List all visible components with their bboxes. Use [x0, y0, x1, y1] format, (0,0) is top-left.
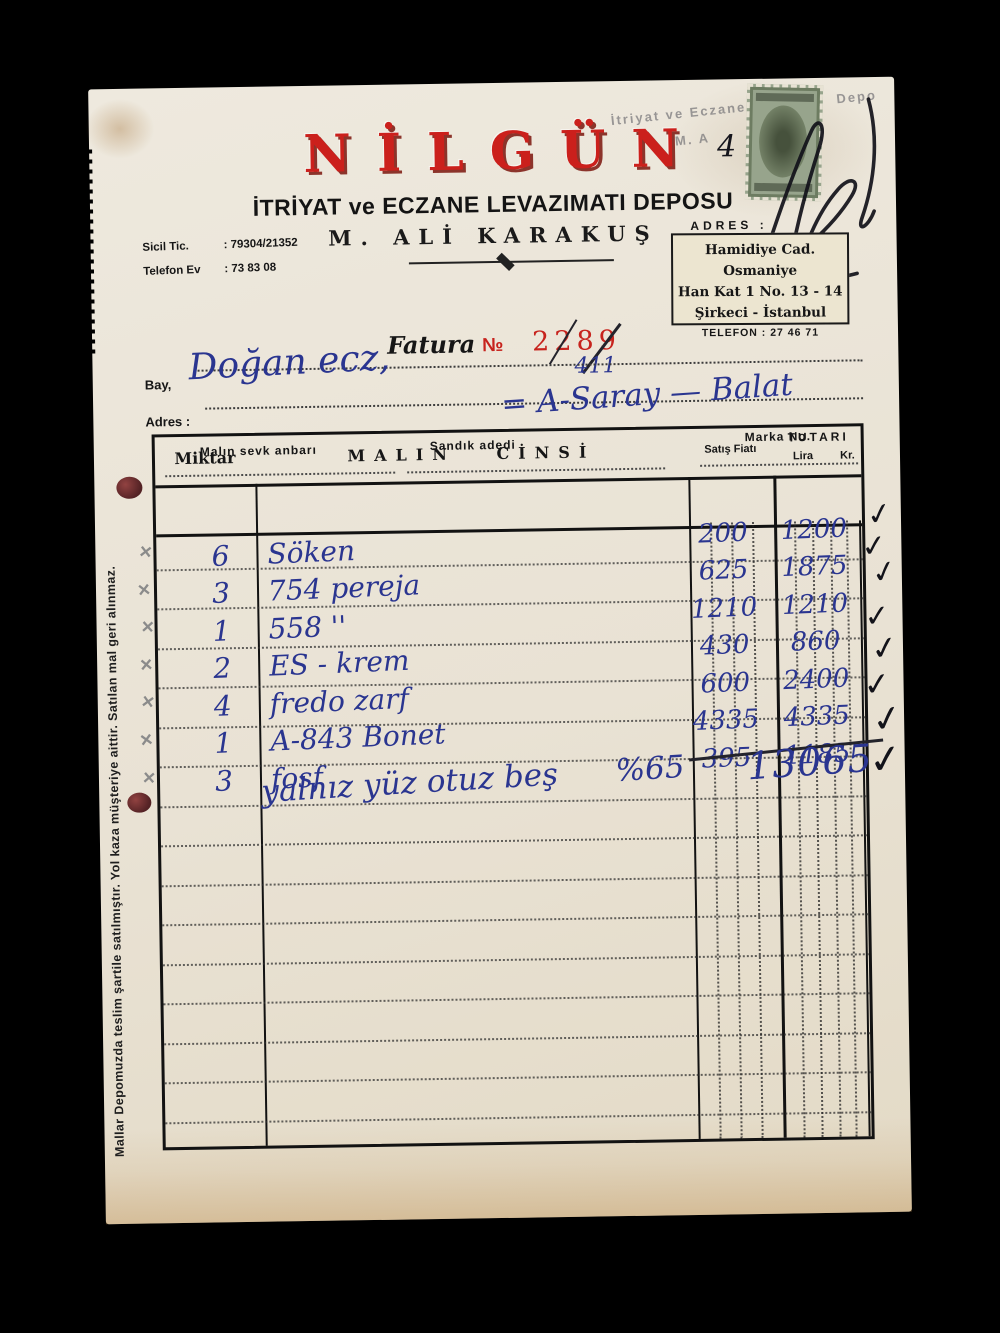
- adres-handwritten-value: = A-Saray — Balat: [500, 367, 794, 423]
- dotted-underline: [165, 472, 395, 478]
- row-price: 625: [678, 554, 769, 588]
- sicil-label: Sicil Tic.: [142, 233, 221, 260]
- numero-sign: №: [482, 335, 504, 357]
- adres-field-label: Adres :: [145, 414, 190, 430]
- row-amount: 860: [768, 625, 863, 659]
- check-mark: ✓: [866, 735, 906, 785]
- row-amount: 1875: [767, 550, 862, 584]
- row-qty: 4: [197, 689, 248, 724]
- dotted-underline: [407, 467, 665, 473]
- row-qty: 2: [197, 651, 248, 686]
- row-desc: 754 pereja: [267, 568, 420, 607]
- pencil-x-mark: ×: [141, 615, 155, 640]
- company-name: NİLGÜN: [89, 115, 896, 189]
- row-desc: 558 '': [268, 609, 347, 645]
- address-phone: TELEFON : 27 46 71: [673, 324, 847, 341]
- address-line3: Şirkeci - İstanbul: [673, 302, 847, 324]
- header-divider: [409, 259, 614, 264]
- row-desc: fredo zarf: [269, 682, 409, 721]
- row-qty: 3: [195, 576, 246, 611]
- row-amount: 1200: [766, 513, 861, 547]
- address-box: Hamidiye Cad. Osmaniye Han Kat 1 No. 13 …: [671, 232, 849, 325]
- row-desc: ES - krem: [268, 644, 410, 683]
- row-price: 200: [677, 517, 768, 551]
- row-price: 4335: [680, 704, 771, 738]
- phone-value: : 73 83 08: [224, 256, 277, 282]
- address-line2: Han Kat 1 No. 13 - 14: [673, 281, 847, 303]
- percent-note: %65: [615, 749, 686, 789]
- row-qty: 1: [196, 614, 247, 649]
- bay-handwritten-value: Doğan ecz,: [188, 337, 391, 388]
- invoice-paper: İtriyat ve Eczane Depo M. A 4 NİLGÜN İTR…: [88, 77, 912, 1225]
- row-amount: 2400: [769, 663, 864, 697]
- fatura-label: Fatura: [387, 329, 475, 359]
- row-price: 600: [680, 667, 771, 701]
- wax-spot: [116, 477, 142, 499]
- row-desc: A-843 Bonet: [270, 717, 447, 757]
- pencil-x-mark: ×: [139, 653, 153, 678]
- row-qty: 3: [198, 764, 249, 799]
- pencil-x-mark: ×: [142, 766, 156, 791]
- row-amount: 4335: [769, 700, 864, 734]
- row-amount: 1210: [767, 588, 862, 622]
- bay-label: Bay,: [145, 377, 172, 392]
- kr-header: Kr.: [831, 449, 864, 462]
- price-header: Satış Fiatı: [688, 443, 773, 456]
- contact-info: Sicil Tic. : 79304/21352 Telefon Ev : 73…: [142, 231, 299, 284]
- sicil-value: : 79304/21352: [223, 231, 298, 258]
- lira-header: Lira: [777, 450, 829, 463]
- row-price: 1210: [679, 592, 770, 626]
- address-line1: Hamidiye Cad. Osmaniye: [673, 239, 847, 282]
- row-price: 430: [679, 629, 770, 663]
- goods-header: MALIN CİNSİ: [255, 441, 688, 467]
- row-qty: 6: [195, 539, 246, 574]
- total-header: TUTARI: [773, 429, 864, 444]
- handwritten-total: 13065: [745, 736, 874, 788]
- handwritten-paraph: 411: [574, 353, 616, 379]
- adres-label: ADRES :: [690, 218, 768, 233]
- phone-label: Telefon Ev: [143, 257, 222, 284]
- row-desc: Söken: [267, 534, 356, 571]
- qty-header: Miktar: [155, 448, 255, 469]
- dotted-underline: [700, 462, 858, 466]
- row-qty: 1: [198, 726, 249, 761]
